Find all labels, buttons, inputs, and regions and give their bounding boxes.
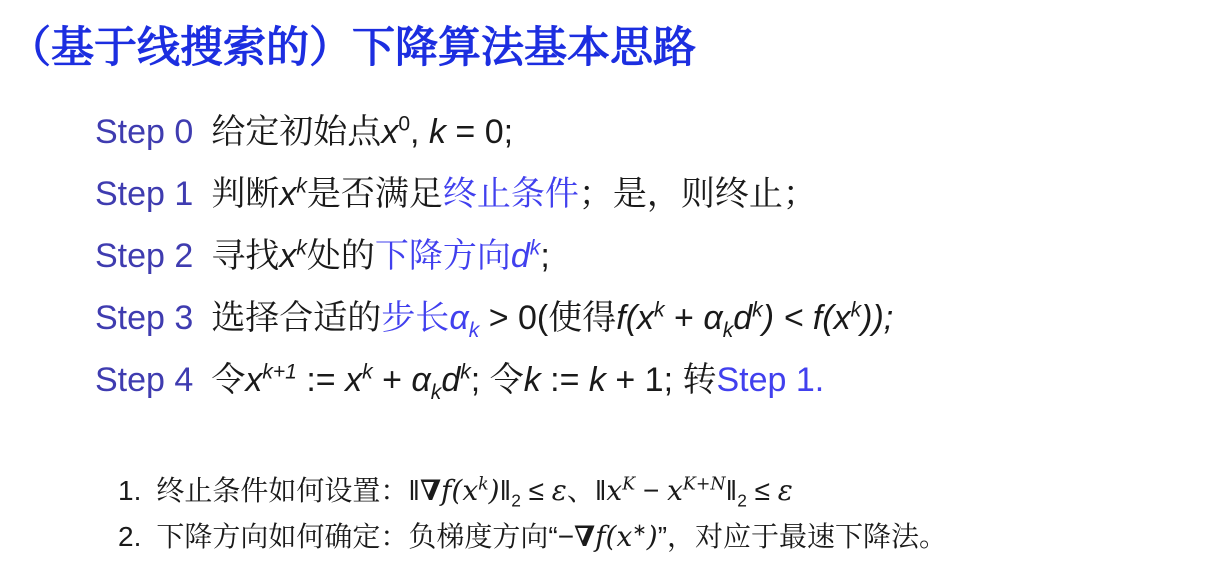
remark-content: 终止条件如何设置：‖∇f(xk)‖2 ≤ ε、‖xK − xK+N‖2 ≤ ε [156, 475, 792, 506]
step-content: 判断xk是否满足终止条件；是，则终止； [211, 175, 817, 213]
step-row-4: Step 4令xk+1 := xk + αkdk; 令k := k + 1; 转… [95, 349, 893, 411]
step-content: 选择合适的步长αk > 0(使得f(xk + αkdk) < f(xk)); [211, 299, 893, 337]
step-row-0: Step 0给定初始点x0, k = 0; [95, 101, 893, 163]
step-label: Step 3 [95, 299, 193, 337]
step-content: 寻找xk处的下降方向dk; [211, 237, 549, 275]
step-label: Step 0 [95, 113, 193, 151]
step-row-2: Step 2寻找xk处的下降方向dk; [95, 225, 893, 287]
slide: （基于线搜索的）下降算法基本思路 Step 0给定初始点x0, k = 0; S… [0, 0, 1218, 578]
remark-number: 1. [118, 475, 141, 506]
remarks-list: 1.终止条件如何设置：‖∇f(xk)‖2 ≤ ε、‖xK − xK+N‖2 ≤ … [118, 468, 947, 560]
step-label: Step 1 [95, 175, 193, 213]
remark-content: 下降方向如何确定：负梯度方向“−∇f(x∗)”，对应于最速下降法。 [156, 521, 947, 552]
step-row-3: Step 3选择合适的步长αk > 0(使得f(xk + αkdk) < f(x… [95, 287, 893, 349]
step-row-1: Step 1判断xk是否满足终止条件；是，则终止； [95, 163, 893, 225]
remark-number: 2. [118, 521, 141, 552]
algorithm-steps: Step 0给定初始点x0, k = 0; Step 1判断xk是否满足终止条件… [95, 101, 893, 411]
step-content: 给定初始点x0, k = 0; [211, 113, 513, 151]
step-label: Step 4 [95, 361, 193, 399]
slide-title: （基于线搜索的）下降算法基本思路 [8, 14, 696, 75]
remark-row-2: 2.下降方向如何确定：负梯度方向“−∇f(x∗)”，对应于最速下降法。 [118, 514, 947, 560]
step-content: 令xk+1 := xk + αkdk; 令k := k + 1; 转Step 1… [211, 361, 824, 399]
step-label: Step 2 [95, 237, 193, 275]
remark-row-1: 1.终止条件如何设置：‖∇f(xk)‖2 ≤ ε、‖xK − xK+N‖2 ≤ … [118, 468, 947, 514]
